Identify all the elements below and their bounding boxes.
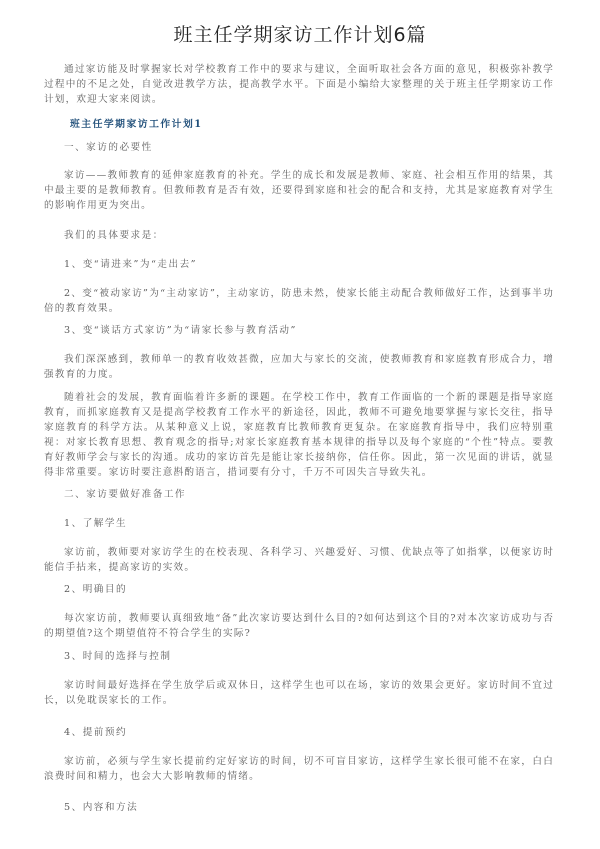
document-page: 班主任学期家访工作计划6篇 通过家访能及时掌握家长对学校教育工作中的要求与建议，… [0,0,600,849]
paragraph: 随着社会的发展，教育面临着许多新的课题。在学校工作中，教育工作面临的一个新的课题… [44,390,554,480]
heading-content-method: 5、内容和方法 [64,800,138,815]
document-title: 班主任学期家访工作计划6篇 [0,20,600,47]
heading-necessity: 一、家访的必要性 [64,140,153,155]
heading-item-1: 1、变“请进来”为“走出去” [64,257,197,272]
heading-item-3: 3、变“谈话方式家访”为“请家长参与教育活动” [64,323,297,338]
paragraph: 家访前，必须与学生家长提前约定好家访的时间，切不可盲目家访，这样学生家长很可能不… [44,754,554,784]
heading-clear-purpose: 2、明确目的 [64,582,127,597]
paragraph: 家访前，教师要对家访学生的在校表现、各科学习、兴趣爱好、习惯、优缺点等了如指掌，… [44,545,554,575]
heading-appointment: 4、提前预约 [64,725,127,740]
heading-preparation: 二、家访要做好准备工作 [64,487,186,502]
paragraph: 家访时间最好选择在学生放学后或双休日，这样学生也可以在场，家访的效果会更好。家访… [44,678,554,708]
heading-know-students: 1、了解学生 [64,516,127,531]
paragraph: 家访——教师教育的延伸家庭教育的补充。学生的成长和发展是教师、家庭、社会相互作用… [44,168,554,213]
paragraph: 2、变“被动家访”为“主动家访”，主动家访，防患未然，使家长能主动配合教师做好工… [44,286,554,316]
section-subtitle: 班主任学期家访工作计划1 [70,116,203,130]
paragraph: 每次家访前，教师要认真细致地“备”此次家访要达到什么目的?如何达到这个目的?对本… [44,611,554,641]
heading-time: 3、时间的选择与控制 [64,649,171,664]
paragraph: 我们深深感到，教师单一的教育收效甚微，应加大与家长的交流，使教师教育和家庭教育形… [44,352,554,382]
intro-paragraph: 通过家访能及时掌握家长对学校教育工作中的要求与建议，全面听取社会各方面的意见，积… [44,62,554,107]
heading-requirements: 我们的具体要求是： [64,228,164,243]
